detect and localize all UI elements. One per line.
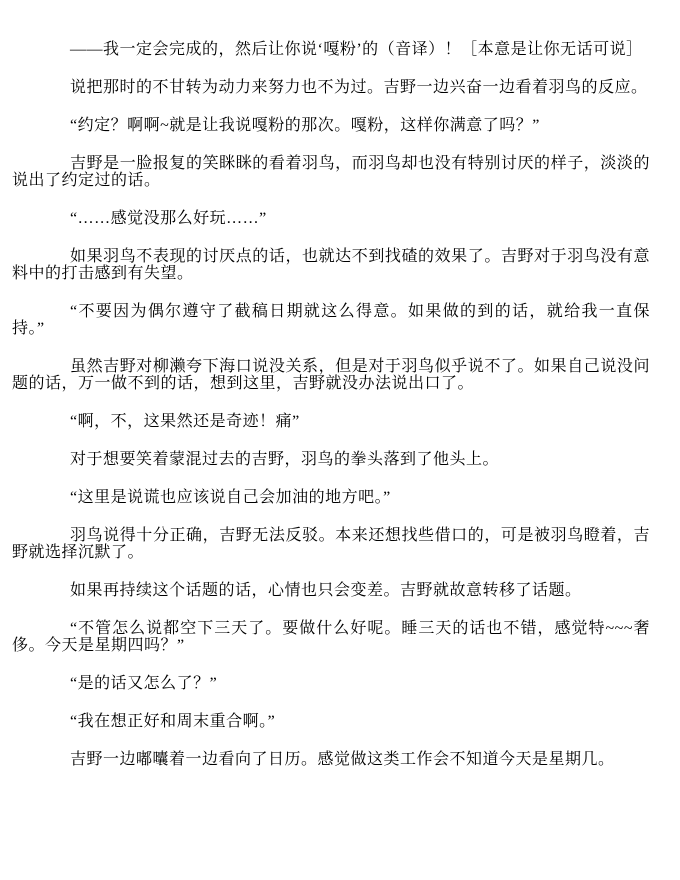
paragraph-2: 说把那时的不甘转为动力来努力也不为过。吉野一边兴奋一边看着羽鸟的反应。 xyxy=(12,79,650,96)
paragraph-3: “约定？啊啊~就是让我说嘎粉的那次。嘎粉，这样你满意了吗？” xyxy=(12,117,650,134)
paragraph-1: ——我一定会完成的，然后让你说‘嘎粉’的（音译）！［本意是让你无话可说］ xyxy=(12,41,650,58)
paragraph-14: “不管怎么说都空下三天了。要做什么好呢。睡三天的话也不错，感觉特~~~奢侈。今天… xyxy=(12,620,650,654)
paragraph-11: “这里是说谎也应该说自己会加油的地方吧。” xyxy=(12,489,650,506)
paragraph-17: 吉野一边嘟囔着一边看向了日历。感觉做这类工作会不知道今天是星期几。 xyxy=(12,751,650,768)
document-page: ——我一定会完成的，然后让你说‘嘎粉’的（音译）！［本意是让你无话可说］ 说把那… xyxy=(0,0,680,880)
paragraph-9: “啊，不，这果然还是奇迹！痛” xyxy=(12,413,650,430)
paragraph-10: 对于想要笑着蒙混过去的吉野，羽鸟的拳头落到了他头上。 xyxy=(12,451,650,468)
paragraph-16: “我在想正好和周末重合啊。” xyxy=(12,713,650,730)
paragraph-12: 羽鸟说得十分正确，吉野无法反驳。本来还想找些借口的，可是被羽鸟瞪着，吉野就选择沉… xyxy=(12,527,650,561)
paragraph-7: “不要因为偶尔遵守了截稿日期就这么得意。如果做的到的话，就给我一直保持。” xyxy=(12,303,650,337)
paragraph-4: 吉野是一脸报复的笑眯眯的看着羽鸟，而羽鸟却也没有特别讨厌的样子，淡淡的说出了约定… xyxy=(12,155,650,189)
paragraph-8: 虽然吉野对柳濑夸下海口说没关系，但是对于羽鸟似乎说不了。如果自己说没问题的话，万… xyxy=(12,358,650,392)
paragraph-15: “是的话又怎么了？” xyxy=(12,675,650,692)
paragraph-5: “……感觉没那么好玩……” xyxy=(12,210,650,227)
paragraph-13: 如果再持续这个话题的话，心情也只会变差。吉野就故意转移了话题。 xyxy=(12,582,650,599)
paragraph-6: 如果羽鸟不表现的讨厌点的话，也就达不到找碴的效果了。吉野对于羽鸟没有意料中的打击… xyxy=(12,248,650,282)
